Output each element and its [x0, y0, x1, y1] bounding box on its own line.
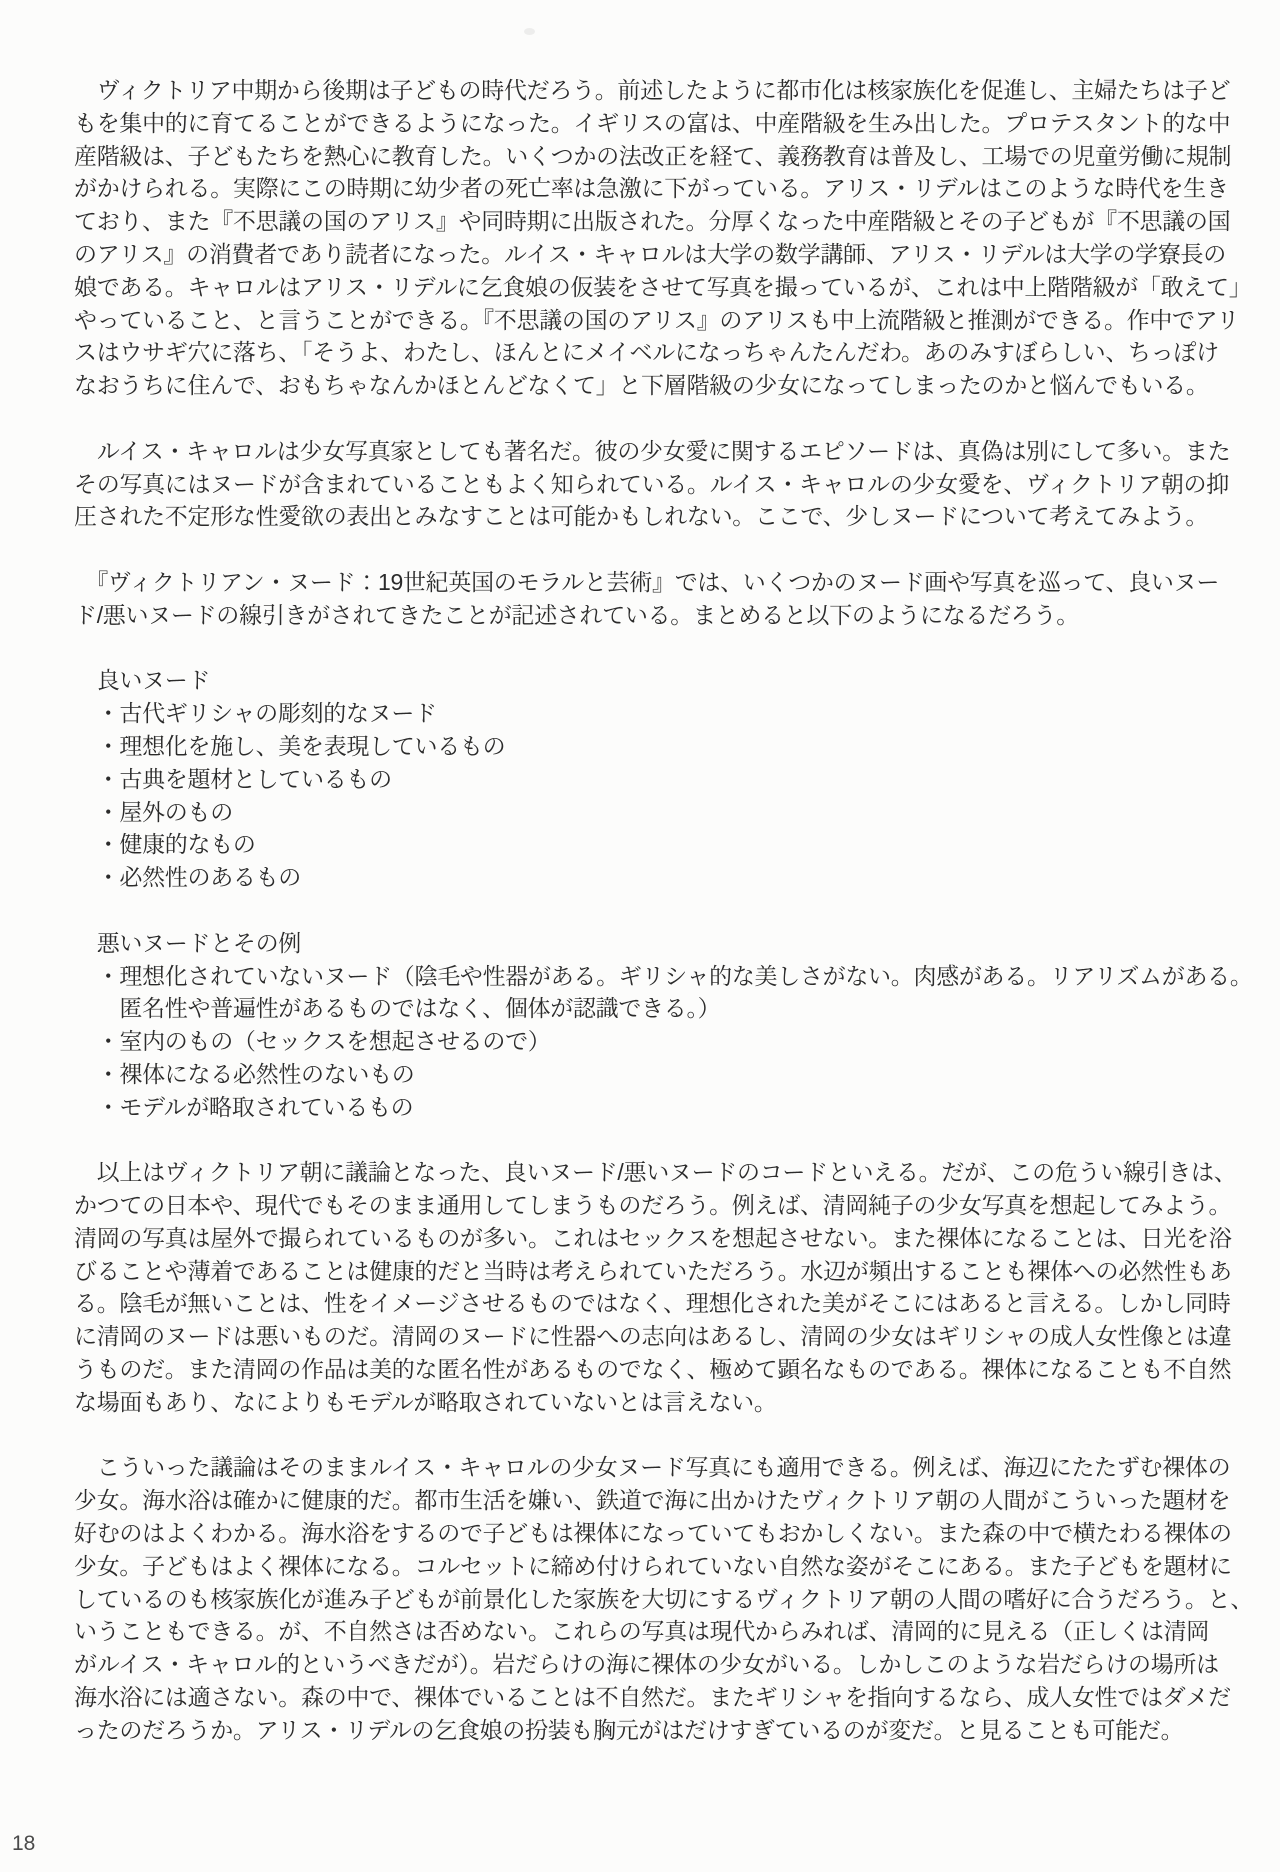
text-line: ・健康的なもの [74, 828, 1254, 861]
text-line: な場面もあり、なによりもモデルが略取されていないとは言えない。 [74, 1386, 1254, 1419]
text-line: いうこともできる。が、不自然さは否めない。これらの写真は現代からみれば、清岡的に… [74, 1615, 1254, 1648]
text-line: ・屋外のもの [74, 796, 1254, 829]
text-line: その写真にはヌードが含まれていることもよく知られている。ルイス・キャロルの少女愛… [74, 468, 1254, 501]
text-line: ヴィクトリア中期から後期は子どもの時代だろう。前述したように都市化は核家族化を促… [74, 74, 1254, 107]
paragraph-victorian-nude-book: 『ヴィクトリアン・ヌード：19世紀英国のモラルと芸術』では、いくつかのヌード画や… [74, 566, 1254, 632]
text-line: 『ヴィクトリアン・ヌード：19世紀英国のモラルと芸術』では、いくつかのヌード画や… [74, 566, 1254, 599]
list-bad-nudes: 悪いヌードとその例 ・理想化されていないヌード（陰毛や性器がある。ギリシャ的な美… [74, 927, 1254, 1124]
article-text: ヴィクトリア中期から後期は子どもの時代だろう。前述したように都市化は核家族化を促… [74, 74, 1254, 1747]
text-line: 以上はヴィクトリア朝に議論となった、良いヌード/悪いヌードのコードといえる。だが… [74, 1156, 1254, 1189]
text-line: こういった議論はそのままルイス・キャロルの少女ヌード写真にも適用できる。例えば、… [74, 1451, 1254, 1484]
text-line: がルイス・キャロル的というべきだが）。岩だらけの海に裸体の少女がいる。しかしこの… [74, 1648, 1254, 1681]
text-line: 圧された不定形な性愛欲の表出とみなすことは可能かもしれない。ここで、少しヌードに… [74, 500, 1254, 533]
text-line: ルイス・キャロルは少女写真家としても著名だ。彼の少女愛に関するエピソードは、真偽… [74, 435, 1254, 468]
text-line: に清岡のヌードは悪いものだ。清岡のヌードに性器への志向はあるし、清岡の少女はギリ… [74, 1320, 1254, 1353]
text-line: スはウサギ穴に落ち、「そうよ、わたし、ほんとにメイベルになっちゃんたんだわ。あの… [74, 336, 1254, 369]
paragraph-victorian-childhood: ヴィクトリア中期から後期は子どもの時代だろう。前述したように都市化は核家族化を促… [74, 74, 1254, 402]
text-line: ・理想化されていないヌード（陰毛や性器がある。ギリシャ的な美しさがない。肉感があ… [74, 960, 1254, 993]
text-line: がかけられる。実際にこの時期に幼少者の死亡率は急激に下がっている。アリス・リデル… [74, 172, 1254, 205]
text-line: 娘である。キャロルはアリス・リデルに乞食娘の仮装をさせて写真を撮っているが、これ… [74, 271, 1254, 304]
text-line: ったのだろうか。アリス・リデルの乞食娘の扮装も胸元がはだけすぎているのが変だ。と… [74, 1714, 1254, 1747]
paragraph-carroll-photographer: ルイス・キャロルは少女写真家としても著名だ。彼の少女愛に関するエピソードは、真偽… [74, 435, 1254, 533]
page-number: 18 [12, 1830, 35, 1858]
text-line: ・裸体になる必然性のないもの [74, 1058, 1254, 1091]
text-line: 好むのはよくわかる。海水浴をするので子どもは裸体になっていてもおかしくない。また… [74, 1517, 1254, 1550]
text-line: 清岡の写真は屋外で撮られているものが多い。これはセックスを想起させない。また裸体… [74, 1222, 1254, 1255]
paragraph-kiyooka-discussion: 以上はヴィクトリア朝に議論となった、良いヌード/悪いヌードのコードといえる。だが… [74, 1156, 1254, 1418]
text-line: やっていること、と言うことができる。『不思議の国のアリス』のアリスも中上流階級と… [74, 304, 1254, 337]
text-line: る。陰毛が無いことは、性をイメージさせるものではなく、理想化された美がそこにはあ… [74, 1287, 1254, 1320]
text-line: ・理想化を施し、美を表現しているもの [74, 730, 1254, 763]
text-line: 良いヌード [74, 664, 1254, 697]
text-line: 悪いヌードとその例 [74, 927, 1254, 960]
text-line: ・古典を題材としているもの [74, 763, 1254, 796]
text-line: なおうちに住んで、おもちゃなんかほとんどなくて」と下層階級の少女になってしまった… [74, 369, 1254, 402]
text-line: 少女。海水浴は確かに健康的だ。都市生活を嫌い、鉄道で海に出かけたヴィクトリア朝の… [74, 1484, 1254, 1517]
text-line: ・モデルが略取されているもの [74, 1091, 1254, 1124]
list-good-nudes: 良いヌード ・古代ギリシャの彫刻的なヌード ・理想化を施し、美を表現しているもの… [74, 664, 1254, 894]
text-line: 匿名性や普遍性があるものではなく、個体が認識できる。） [74, 992, 1254, 1025]
scanned-book-page: ヴィクトリア中期から後期は子どもの時代だろう。前述したように都市化は核家族化を促… [0, 0, 1280, 1872]
scan-artifact-dot [524, 28, 535, 35]
text-line: ・室内のもの（セックスを想起させるので） [74, 1025, 1254, 1058]
text-line: 少女。子どもはよく裸体になる。コルセットに締め付けられていない自然な姿がそこにあ… [74, 1550, 1254, 1583]
text-line: うものだ。また清岡の作品は美的な匿名性があるものでなく、極めて顕名なものである。… [74, 1353, 1254, 1386]
text-line: 産階級は、子どもたちを熱心に教育した。いくつかの法改正を経て、義務教育は普及し、… [74, 140, 1254, 173]
text-line: もを集中的に育てることができるようになった。イギリスの富は、中産階級を生み出した… [74, 107, 1254, 140]
text-line: ・必然性のあるもの [74, 861, 1254, 894]
text-line: しているのも核家族化が進み子どもが前景化した家族を大切にするヴィクトリア朝の人間… [74, 1583, 1254, 1616]
text-line: ており、また『不思議の国のアリス』や同時期に出版された。分厚くなった中産階級とそ… [74, 205, 1254, 238]
text-line: かつての日本や、現代でもそのまま通用してしまうものだろう。例えば、清岡純子の少女… [74, 1189, 1254, 1222]
text-line: 海水浴には適さない。森の中で、裸体でいることは不自然だ。またギリシャを指向するな… [74, 1681, 1254, 1714]
paragraph-carroll-application: こういった議論はそのままルイス・キャロルの少女ヌード写真にも適用できる。例えば、… [74, 1451, 1254, 1746]
text-line: びることや薄着であることは健康的だと当時は考えられていただろう。水辺が頻出するこ… [74, 1255, 1254, 1288]
text-line: ・古代ギリシャの彫刻的なヌード [74, 697, 1254, 730]
text-line: ド/悪いヌードの線引きがされてきたことが記述されている。まとめると以下のようにな… [74, 599, 1254, 632]
text-line: のアリス』の消費者であり読者になった。ルイス・キャロルは大学の数学講師、アリス・… [74, 238, 1254, 271]
